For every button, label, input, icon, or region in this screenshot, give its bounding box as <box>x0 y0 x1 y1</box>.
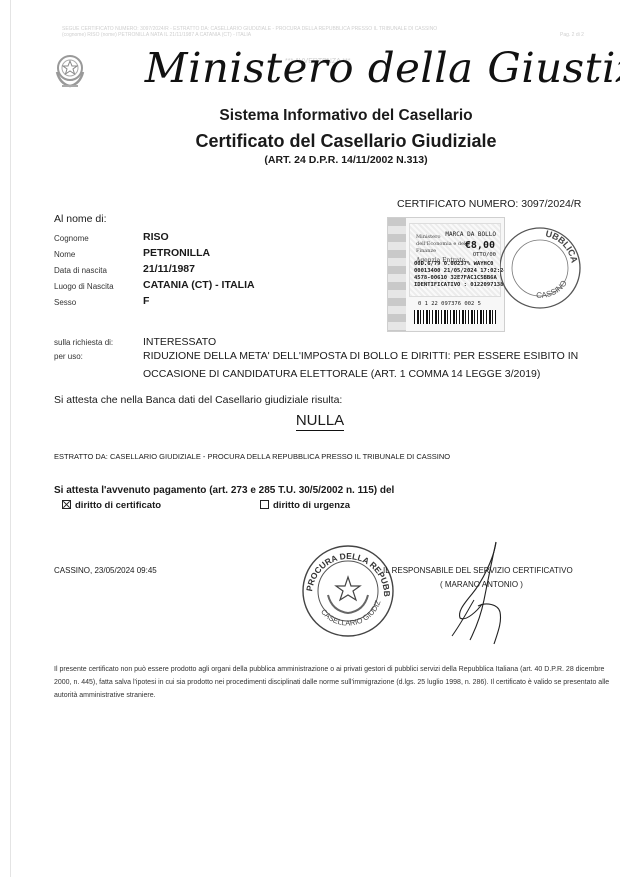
bleed-through-line: (cognome) RISO (nome) PETRONILLA NATA IL… <box>62 32 251 38</box>
field-value-sex: F <box>143 295 149 307</box>
field-value-surname: RISO <box>143 231 169 243</box>
field-label-birthdate: Data di nascita <box>54 266 107 275</box>
field-value-birthdate: 21/11/1987 <box>143 263 195 275</box>
barcode-icon <box>414 310 496 324</box>
revenue-stamp-amount: €8,00 <box>465 240 495 251</box>
requested-by-label: sulla richiesta di: <box>54 338 113 347</box>
revenue-stamp-title: MARCA DA BOLLO <box>445 231 496 238</box>
system-title: Sistema Informativo del Casellario <box>0 107 620 125</box>
use-value: RIDUZIONE DELLA META' DELL'IMPOSTA DI BO… <box>143 347 613 383</box>
result-value: NULLA <box>0 412 620 429</box>
result-statement: Si attesta che nella Banca dati del Case… <box>54 394 342 406</box>
legal-footer-note: Il presente certificato non può essere p… <box>54 663 614 702</box>
field-label-name: Nome <box>54 250 75 259</box>
round-stamp-icon: UBBLICA CASSINO <box>500 222 592 314</box>
revenue-stamp-line: 00013400 21/05/2024 17:02:24 <box>414 268 505 274</box>
checkbox-empty-icon <box>260 500 269 509</box>
revenue-stamp: Ministero dell'Economia e delle Finanze … <box>387 217 505 332</box>
court-seal-icon: PROCURA DELLA REPUBBLICA DI CASSINO CASE… <box>300 543 396 639</box>
place-date: CASSINO, 23/05/2024 09:45 <box>54 566 157 575</box>
field-label-birthplace: Luogo di Nascita <box>54 282 114 291</box>
revenue-stamp-line: 00D.6/79 0.00237% WAYHC0 <box>414 261 493 267</box>
ministry-title: Ministero della Giustizia <box>145 44 620 92</box>
checkbox-checked-icon <box>62 500 71 509</box>
law-reference: (ART. 24 D.P.R. 14/11/2002 N.313) <box>0 154 620 166</box>
handwritten-signature <box>448 540 508 652</box>
revenue-stamp-line: IDENTIFICATIVO : 01220971380025 <box>414 282 505 288</box>
use-label: per uso: <box>54 352 83 361</box>
person-heading: Al nome di: <box>54 213 107 225</box>
revenue-stamp-security-strip <box>388 218 406 331</box>
payment-option-urgency: diritto di urgenza <box>260 500 350 511</box>
revenue-stamp-line: 4578-00610 32E7FAC1C5BB6A <box>414 275 497 281</box>
payment-option-certificate: diritto di certificato <box>62 500 161 511</box>
field-value-name: PETRONILLA <box>143 247 210 259</box>
field-label-sex: Sesso <box>54 298 76 307</box>
svg-text:CASSINO: CASSINO <box>536 279 569 300</box>
certificate-number: CERTIFICATO NUMERO: 3097/2024/R <box>397 198 581 210</box>
field-label-surname: Cognome <box>54 234 89 243</box>
revenue-stamp-body: Ministero dell'Economia e delle Finanze … <box>409 223 501 297</box>
revenue-stamp-barcode-number: 0 1 22 097376 002 5 <box>418 301 481 307</box>
field-value-birthplace: CATANIA (CT) - ITALIA <box>143 279 255 291</box>
extract-source: ESTRATTO DA: CASELLARIO GIUDIZIALE - PRO… <box>54 452 450 461</box>
certificate-title: Certificato del Casellario Giudiziale <box>0 131 620 152</box>
italian-emblem-icon <box>52 50 88 90</box>
revenue-stamp-code: OTTO/00 <box>473 252 496 258</box>
bleed-through-page: Pag. 2 di 2 <box>560 32 584 38</box>
payment-statement: Si attesta l'avvenuto pagamento (art. 27… <box>54 485 394 496</box>
